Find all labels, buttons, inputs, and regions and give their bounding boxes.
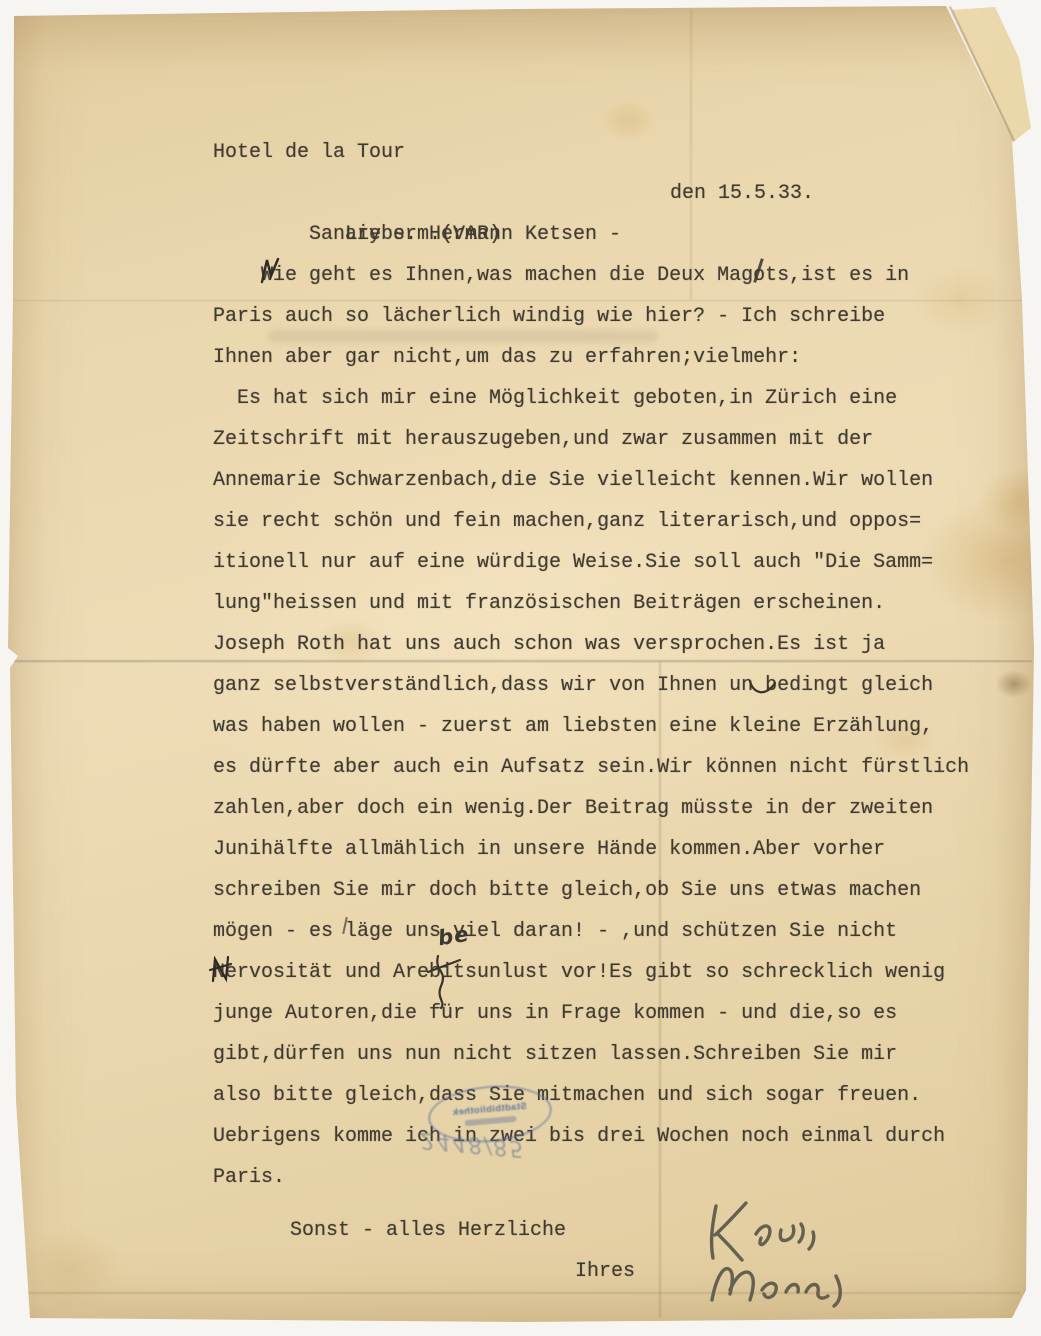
body-line: Junihälfte allmählich in unsere Hände ko… <box>213 829 1003 870</box>
sender-address-line2: Sanary s.m.(VAR) <box>309 223 501 246</box>
body-line: lung"heissen und mit französischen Beitr… <box>213 583 1003 624</box>
body-line: itionell nur auf eine würdige Weise.Sie … <box>213 542 1003 583</box>
correction-strike-scribble <box>424 948 476 1010</box>
body-line: also bitte gleich,dass Sie mitmachen und… <box>213 1075 1003 1116</box>
library-stamp-second-line-blur <box>464 1116 516 1127</box>
library-stamp-text: Stadtbibliothek <box>452 1101 527 1118</box>
letter-scan: Hotel de la Tour Sanary s.m.(VAR) den 15… <box>0 0 1041 1336</box>
body-line: gibt,dürfen uns nun nicht sitzen lassen.… <box>213 1034 1003 1075</box>
handwritten-correction-be: be <box>436 922 471 951</box>
body-line: Annemarie Schwarzenbach,die Sie vielleic… <box>213 460 1003 501</box>
body-line: Joseph Roth hat uns auch schon was versp… <box>213 624 1003 665</box>
handwritten-n-overstroke <box>210 955 232 983</box>
body-line: es dürfte aber auch ein Aufsatz sein.Wir… <box>213 747 1003 788</box>
ink-ghost-smudge <box>268 330 658 343</box>
unbedingt-connector-mark <box>747 676 779 700</box>
body-line: Es hat sich mir eine Möglichkeit geboten… <box>213 378 1003 419</box>
body-line: Paris. <box>213 1157 1003 1198</box>
valediction: Ihres <box>213 1251 1003 1292</box>
body-line: schreiben Sie mir doch bitte gleich,ob S… <box>213 870 1003 911</box>
typewritten-letter: Hotel de la Tour Sanary s.m.(VAR) den 15… <box>213 132 1003 1292</box>
body-line: was haben wollen - zuerst am liebsten ei… <box>213 706 1003 747</box>
body-line: Wie geht es Ihnen,was machen die Deux Ma… <box>213 255 1003 296</box>
body-line: Zeitschrift mit herauszugeben,und zwar z… <box>213 419 1003 460</box>
body-line: ganz selbstverständlich,dass wir von Ihn… <box>213 665 1003 706</box>
handwritten-w-overstroke <box>259 257 283 285</box>
body-line: zahlen,aber doch ein wenig.Der Beitrag m… <box>213 788 1003 829</box>
body-line: Nervosität und Arebitsunlust vor!Es gibt… <box>213 952 1003 993</box>
body-line: mögen - es läge uns viel daran! - ,und s… <box>213 911 1003 952</box>
body-line: Ihnen aber gar nicht,um das zu erfahren;… <box>213 337 1003 378</box>
body-line: sie recht schön und fein machen,ganz lit… <box>213 501 1003 542</box>
sender-address-row: Sanary s.m.(VAR) den 15.5.33. <box>213 173 1003 214</box>
letter-paper: Hotel de la Tour Sanary s.m.(VAR) den 15… <box>0 0 1041 1336</box>
closing-line: Sonst - alles Herzliche <box>213 1210 1003 1251</box>
body-line: Uebrigens komme ich in zwei bis drei Woc… <box>213 1116 1003 1157</box>
body-line: junge Autoren,die für uns in Frage komme… <box>213 993 1003 1034</box>
signature-klaus-mann <box>700 1196 870 1308</box>
sender-address-line1: Hotel de la Tour <box>213 132 1003 173</box>
date-line: den 15.5.33. <box>670 173 814 214</box>
